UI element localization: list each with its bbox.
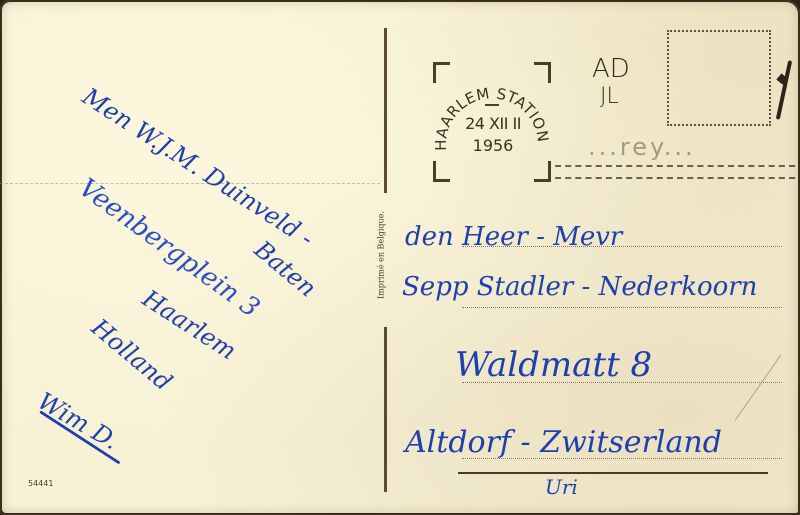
center-divider-top — [384, 28, 387, 193]
cancel-line — [555, 177, 795, 179]
corner-crease — [735, 355, 782, 421]
stamp-placeholder-box — [667, 30, 771, 126]
postmark-year: 1956 — [451, 136, 535, 155]
postcard-back: Imprimé en Belgique. HAARLEM STATION 24 … — [0, 0, 800, 515]
recipient-canton: Uri — [545, 475, 578, 499]
postmark-date: 24 XII II — [451, 114, 535, 133]
address-rule-line — [462, 307, 782, 308]
slogan-line-1: AD — [592, 55, 630, 83]
cancel-line — [555, 165, 795, 167]
imprint-text: Imprimé en Belgique. — [377, 185, 386, 325]
sender-country: Holland — [86, 313, 177, 396]
cancellation-lines — [555, 165, 795, 189]
recipient-city-country: Altdorf - Zwitserland — [405, 425, 722, 460]
recipient-name: Sepp Stadler - Nederkoorn — [402, 272, 757, 302]
recipient-salutation: den Heer - Mevr — [405, 222, 622, 252]
slogan-line-2: JL — [600, 83, 630, 111]
sender-name-suffix: Baten — [249, 235, 322, 302]
sender-signature: Wim D. — [33, 387, 123, 455]
postmark-slogan: AD JL — [592, 55, 630, 111]
postmark-slogan-faded: ...rey... — [588, 133, 696, 161]
address-underline — [458, 472, 768, 474]
fold-line — [0, 183, 380, 184]
recipient-street: Waldmatt 8 — [455, 345, 652, 385]
postmark: HAARLEM STATION 24 XII II 1956 — [433, 62, 551, 182]
edge-ink-mark — [776, 60, 792, 120]
postmark-dash — [485, 104, 499, 106]
catalog-number: 54441 — [28, 479, 53, 488]
center-divider-bottom — [384, 327, 387, 492]
